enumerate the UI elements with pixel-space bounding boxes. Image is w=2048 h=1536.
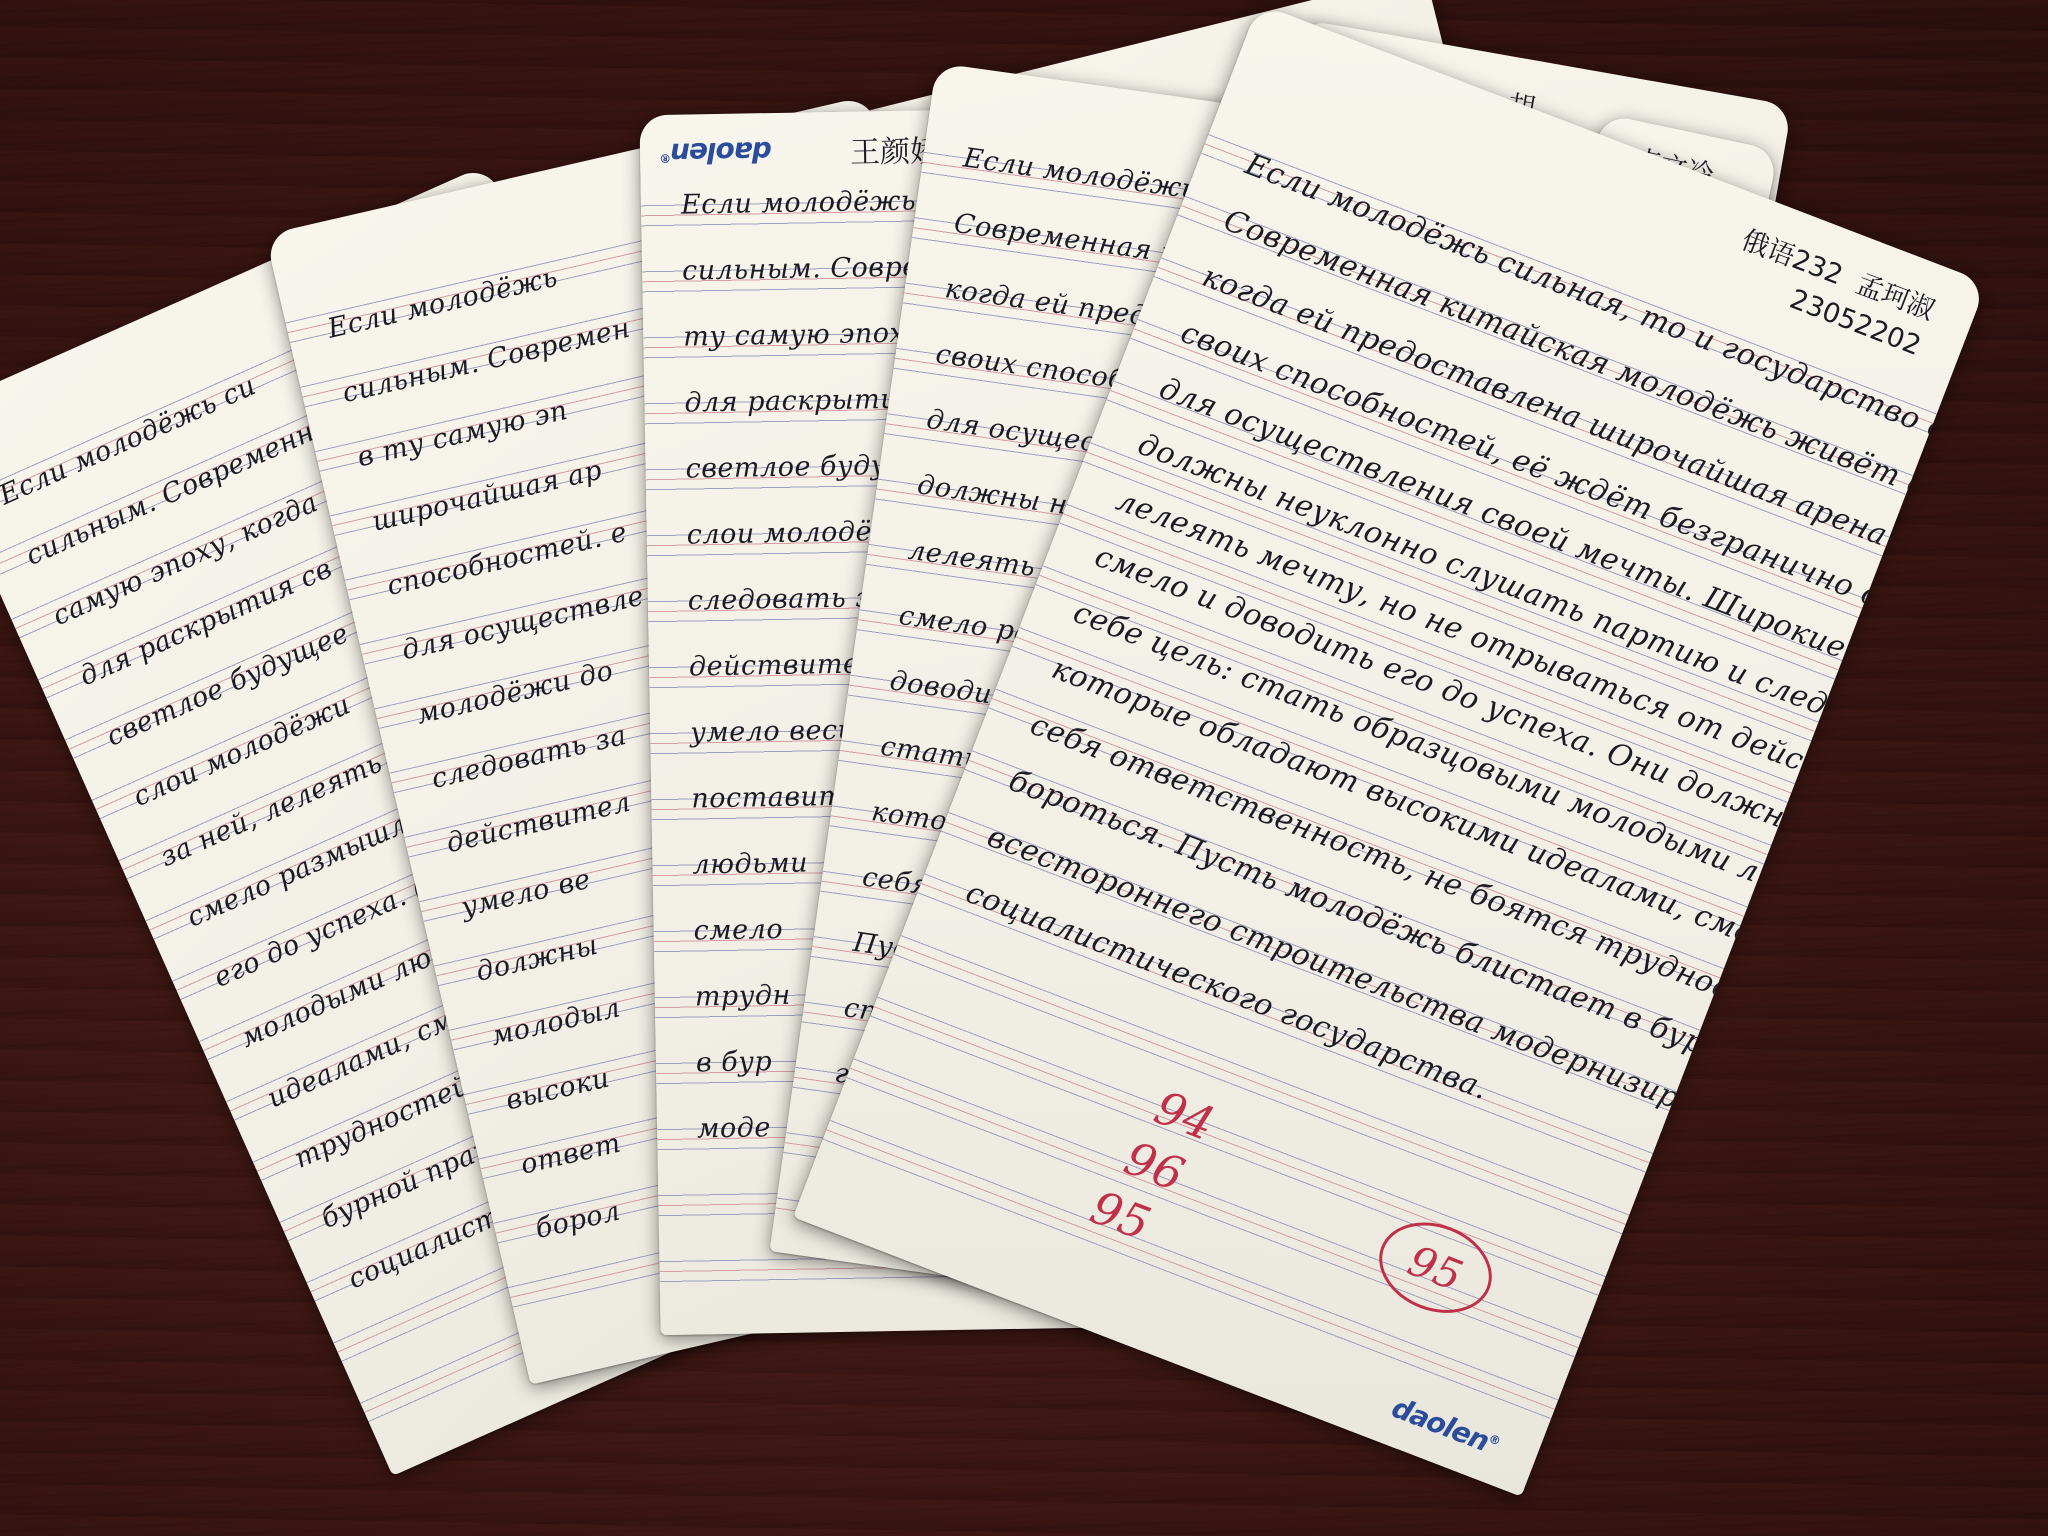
brand-name: daolen xyxy=(671,135,772,170)
brand-logo: daolen® xyxy=(660,135,772,170)
brand-mark: ® xyxy=(660,151,671,165)
